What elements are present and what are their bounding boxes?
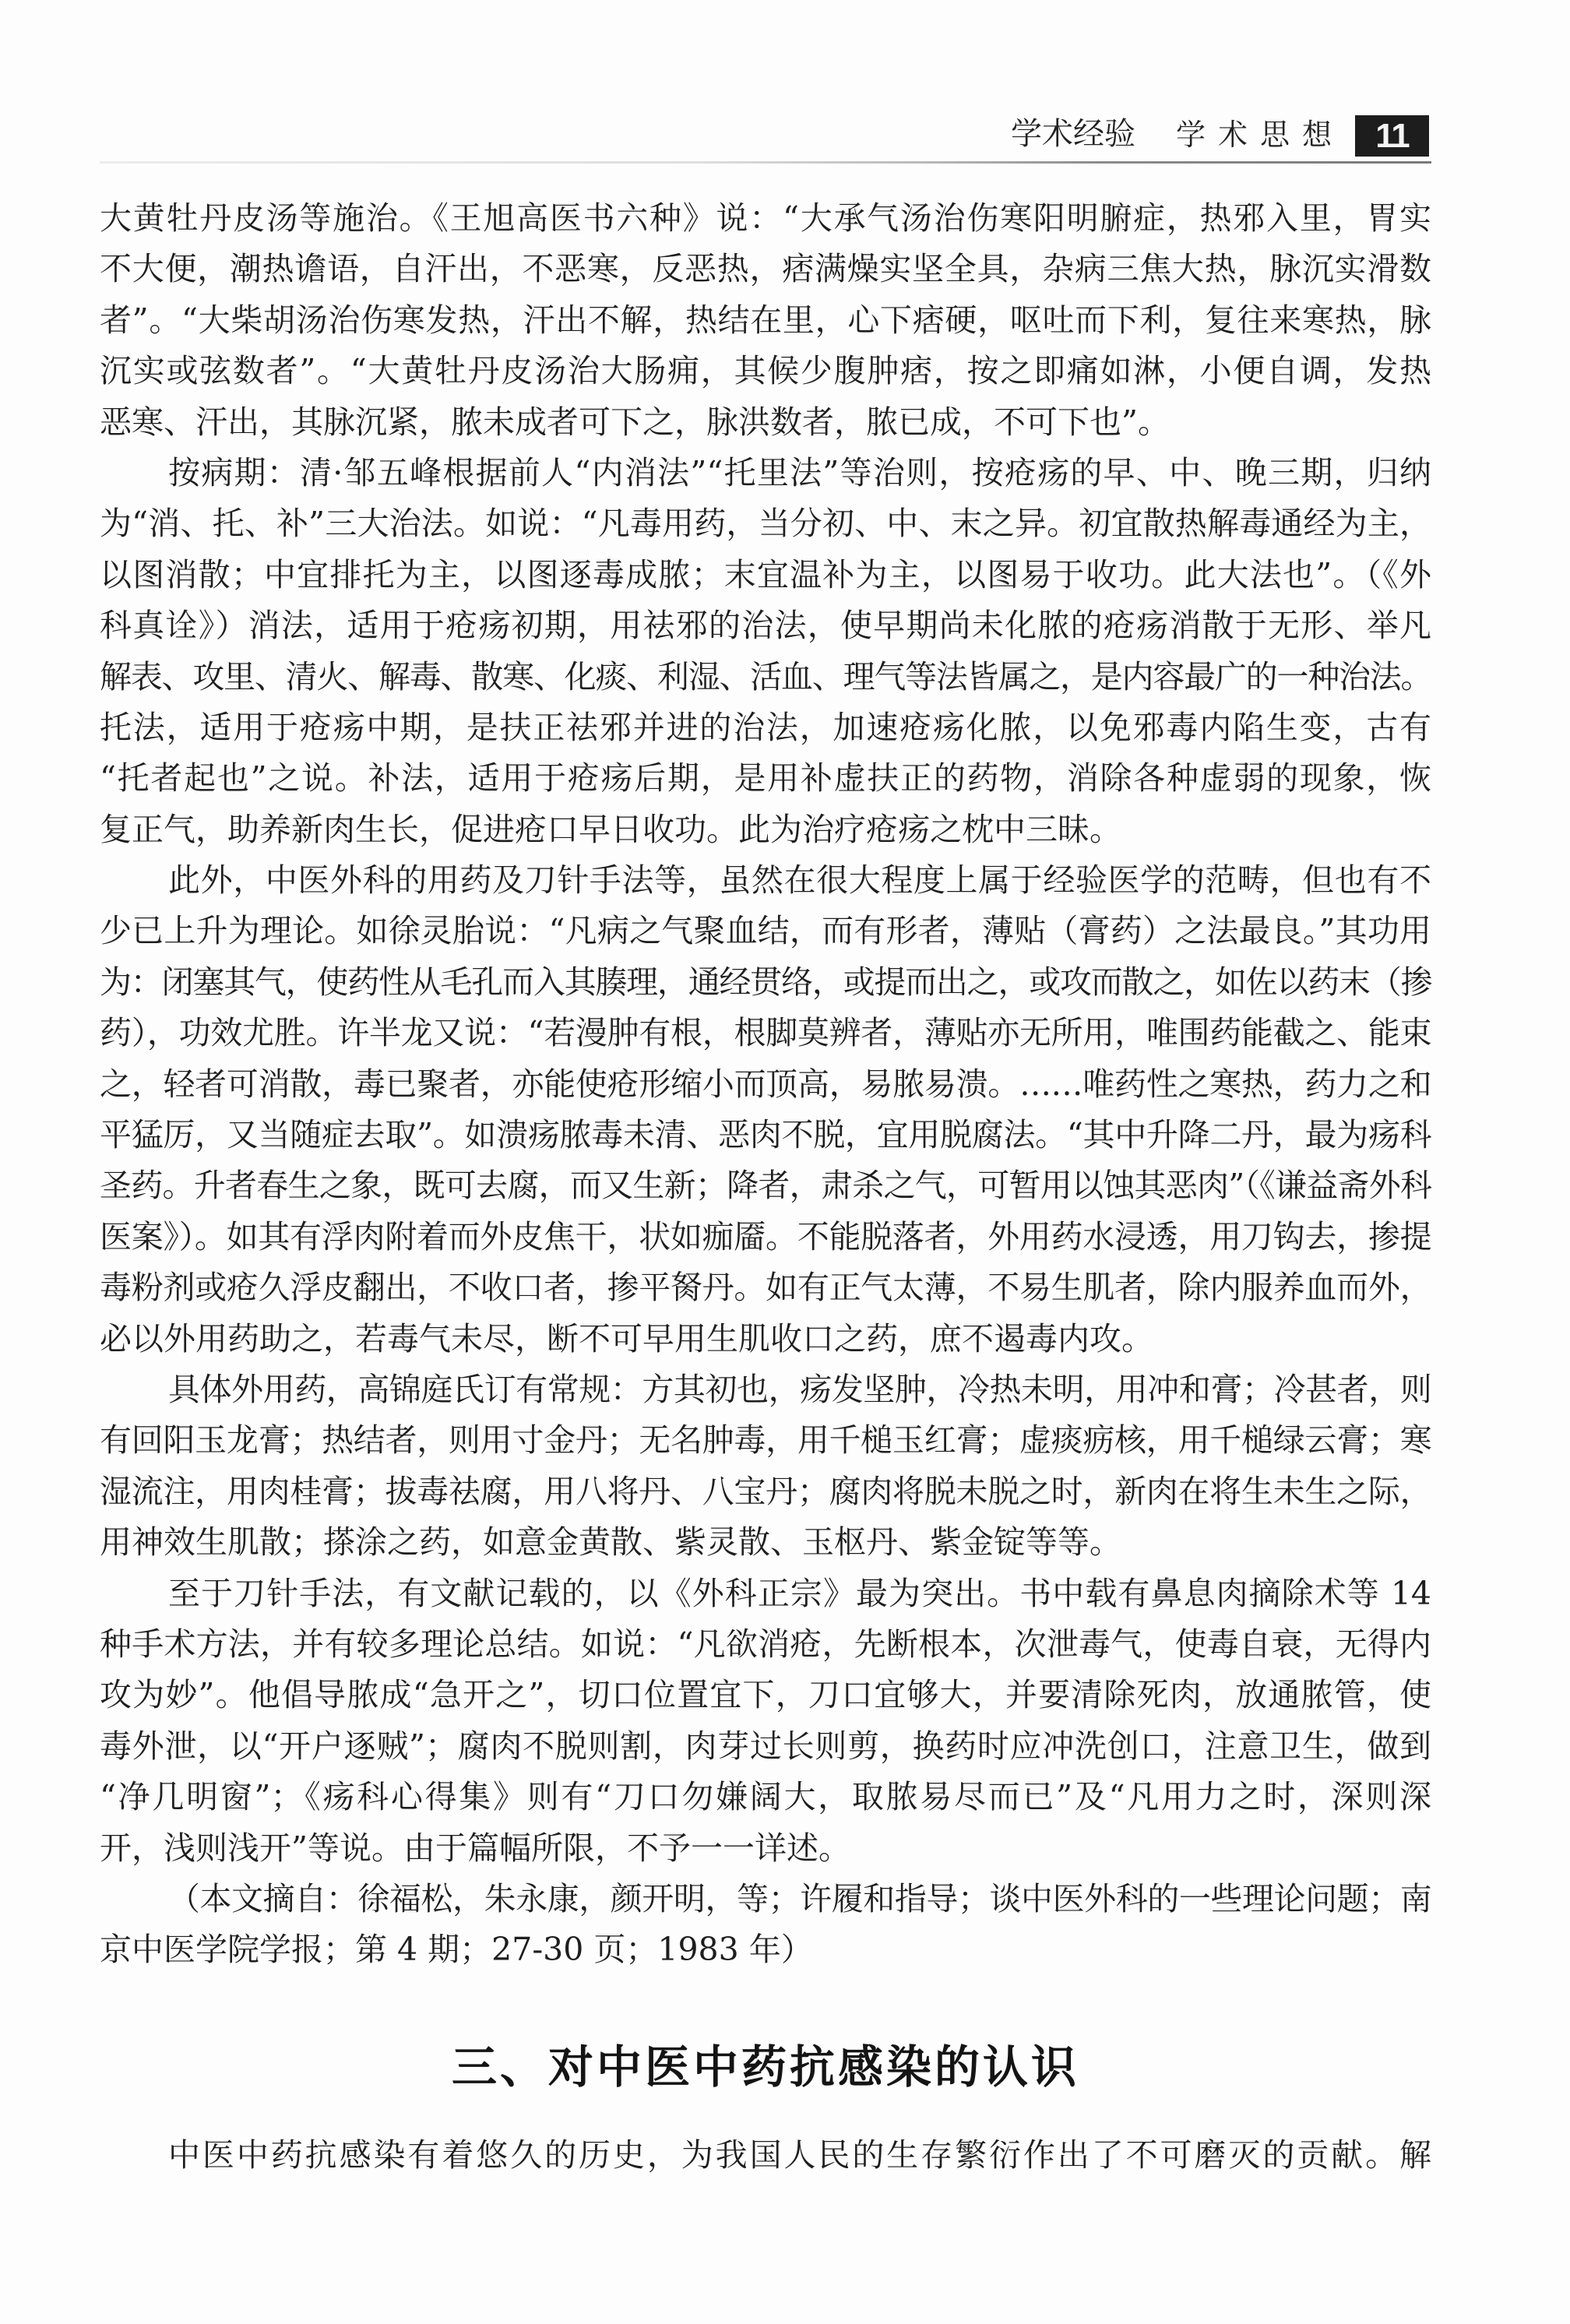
text-line: 大黄牡丹皮汤等施治。《王旭高医书六种》说：“大承气汤治伤寒阳明腑症，热邪入里，胃… [100,193,1431,244]
text-line: “净几明窗”；《疡科心得集》则有“刀口勿嫌阔大，取脓易尽而已”及“凡用力之时，深… [100,1772,1431,1822]
citation-paragraph: （本文摘自：徐福松，朱永康，颜开明，等；许履和指导；谈中医外科的一些理论问题；南… [100,1874,1431,1976]
text-line: 为：闭塞其气，使药性从毛孔而入其腠理，通经贯络，或提而出之，或攻而散之，如佐以药… [100,957,1431,1008]
header-rule [100,161,1431,164]
text-line: 为“消、托、补”三大治法。如说：“凡毒用药，当分初、中、末之异。初宜散热解毒通经… [100,498,1431,549]
text-line: 开，浅则浅开”等说。由于篇幅所限，不予一一详述。 [100,1823,1431,1874]
text-line: （本文摘自：徐福松，朱永康，颜开明，等；许履和指导；谈中医外科的一些理论问题；南 [100,1874,1431,1924]
text-line: 具体外用药，高锦庭氏订有常规：方其初也，疡发坚肿，冷热未明，用冲和膏；冷甚者，则 [100,1364,1431,1415]
text-line: 医案》）。如其有浮肉附着而外皮焦干，状如痂靥。不能脱落者，外用药水浸透，用刀钩去… [100,1212,1431,1262]
text-line: 科真诠》）消法，适用于疮疡初期，用祛邪的治法，使早期尚未化脓的疮疡消散于无形、举… [100,600,1431,651]
text-line: 沉实或弦数者”。“大黄牡丹皮汤治大肠痈，其候少腹肿痞，按之即痛如淋，小便自调，发… [100,346,1431,396]
text-line: 毒粉剂或疮久浮皮翻出，不收口者，掺平胬丹。如有正气太薄，不易生肌者，除内服养血而… [100,1262,1431,1313]
text-line: 至于刀针手法，有文献记载的，以《外科正宗》最为突出。书中载有鼻息肉摘除术等 14 [100,1569,1431,1619]
text-line: 按病期：清·邹五峰根据前人“内消法”“托里法”等治则，按疮疡的早、中、晚三期，归… [100,448,1431,498]
paragraph: 此外，中医外科的用药及刀针手法等，虽然在很大程度上属于经验医学的范畴，但也有不 … [100,855,1431,1364]
text-line: 解表、攻里、清火、解毒、散寒、化痰、利湿、活血、理气等法皆属之，是内容最广的一种… [100,652,1431,702]
body-text: 大黄牡丹皮汤等施治。《王旭高医书六种》说：“大承气汤治伤寒阳明腑症，热邪入里，胃… [100,193,1431,1976]
text-line: 不大便，潮热谵语，自汗出，不恶寒，反恶热，痞满燥实坚全具，杂病三焦大热，脉沉实滑… [100,244,1431,294]
text-line: 以图消散；中宜排托为主，以图逐毒成脓；末宜温补为主，以图易于收功。此大法也”。（… [100,550,1431,600]
text-line: 恶寒、汗出，其脉沉紧，脓未成者可下之，脉洪数者，脓已成，不可下也”。 [100,397,1431,448]
text-line: 毒外泄，以“开户逐贼”；腐肉不脱则割，肉芽过长则剪，换药时应冲洗创口，注意卫生，… [100,1721,1431,1772]
text-line: 之，轻者可消散，毒已聚者，亦能使疮形缩小而顶高，易脓易溃。……唯药性之寒热，药力… [100,1059,1431,1110]
running-head-section: 学术经验 [1011,115,1135,153]
text-line: 托法，适用于疮疡中期，是扶正祛邪并进的治法，加速疮疡化脓，以免邪毒内陷生变，古有 [100,702,1431,753]
text-line: 少已上升为理论。如徐灵胎说：“凡病之气聚血结，而有形者，薄贴（膏药）之法最良。”… [100,906,1431,956]
text-line: 平猛厉，又当随症去取”。如溃疡脓毒未清、恶肉不脱，宜用脱腐法。“其中升降二丹，最… [100,1110,1431,1160]
page-number: 11 [1355,115,1429,157]
text-line: “托者起也”之说。补法，适用于疮疡后期，是用补虚扶正的药物，消除各种虚弱的现象，… [100,753,1431,804]
text-line: 中医中药抗感染有着悠久的历史，为我国人民的生存繁衍作出了不可磨灭的贡献。解 [100,2130,1431,2181]
running-head-subsection: 学术思想 [1176,116,1344,153]
text-line: 有回阳玉龙膏；热结者，则用寸金丹；无名肿毒，用千槌玉红膏；虚痰疬核，用千槌绿云膏… [100,1415,1431,1466]
paragraph: 按病期：清·邹五峰根据前人“内消法”“托里法”等治则，按疮疡的早、中、晚三期，归… [100,448,1431,855]
text-line: 复正气，助养新肉生长，促进疮口早日收功。此为治疗疮疡之枕中三昧。 [100,805,1431,855]
text-line: 必以外用药助之，若毒气未尽，断不可早用生肌收口之药，庶不遏毒内攻。 [100,1314,1431,1364]
text-line: 药），功效尤胜。许半龙又说：“若漫肿有根，根脚莫辨者，薄贴亦无所用，唯围药能截之… [100,1008,1431,1058]
text-line: 用神效生肌散；搽涂之药，如意金黄散、紫灵散、玉枢丹、紫金锭等等。 [100,1517,1431,1568]
text-line: 攻为妙”。他倡导脓成“急开之”，切口位置宜下，刀口宜够大，并要清除死肉，放通脓管… [100,1670,1431,1720]
section-body-text: 中医中药抗感染有着悠久的历史，为我国人民的生存繁衍作出了不可磨灭的贡献。解 [100,2130,1431,2181]
paragraph: 中医中药抗感染有着悠久的历史，为我国人民的生存繁衍作出了不可磨灭的贡献。解 [100,2130,1431,2181]
paragraph: 大黄牡丹皮汤等施治。《王旭高医书六种》说：“大承气汤治伤寒阳明腑症，热邪入里，胃… [100,193,1431,448]
section-heading: 三、对中医中药抗感染的认识 [100,2040,1431,2094]
paragraph: 至于刀针手法，有文献记载的，以《外科正宗》最为突出。书中载有鼻息肉摘除术等 14… [100,1569,1431,1874]
text-line: 湿流注，用肉桂膏；拔毒祛腐，用八将丹、八宝丹；腐肉将脱未脱之时，新肉在将生未生之… [100,1467,1431,1517]
text-line: 者”。“大柴胡汤治伤寒发热，汗出不解，热结在里，心下痞硬，呕吐而下利，复往来寒热… [100,295,1431,346]
text-line: 圣药。升者春生之象，既可去腐，而又生新；降者，肃杀之气，可暂用以蚀其恶肉”（《谦… [100,1160,1431,1211]
text-line: 种手术方法，并有较多理论总结。如说：“凡欲消疮，先断根本，次泄毒气，使毒自衰，无… [100,1619,1431,1670]
paragraph: 具体外用药，高锦庭氏订有常规：方其初也，疡发坚肿，冷热未明，用冲和膏；冷甚者，则… [100,1364,1431,1569]
text-line: 此外，中医外科的用药及刀针手法等，虽然在很大程度上属于经验医学的范畴，但也有不 [100,855,1431,906]
text-line: 京中医学院学报；第 4 期；27-30 页；1983 年） [100,1924,1431,1975]
